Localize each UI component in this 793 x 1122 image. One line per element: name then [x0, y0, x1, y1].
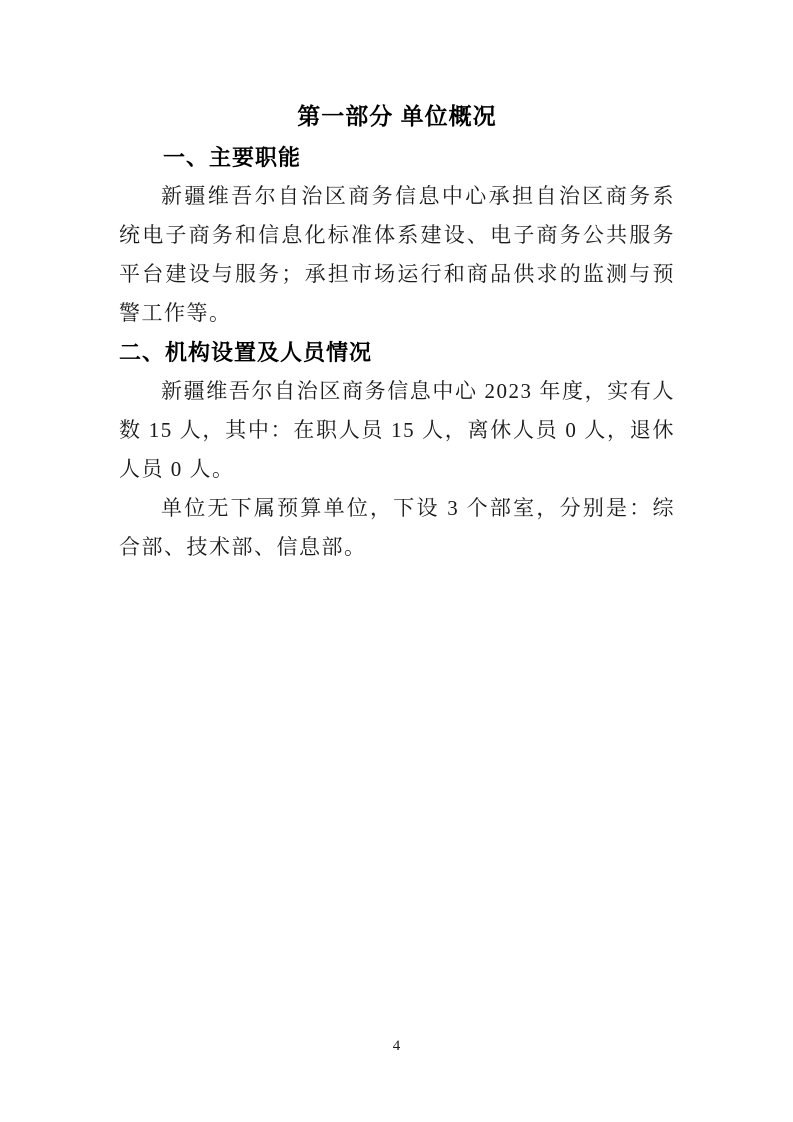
document-title: 第一部分 单位概况: [119, 96, 675, 136]
paragraph-staff-numbers: 新疆维吾尔自治区商务信息中心 2023 年度，实有人数 15 人，其中：在职人员…: [119, 372, 675, 489]
page-content: 第一部分 单位概况 一、主要职能 新疆维吾尔自治区商务信息中心承担自治区商务系统…: [119, 96, 675, 567]
page-number: 4: [0, 1036, 793, 1056]
paragraph-main-functions: 新疆维吾尔自治区商务信息中心承担自治区商务系统电子商务和信息化标准体系建设、电子…: [119, 177, 675, 333]
paragraph-departments: 单位无下属预算单位，下设 3 个部室，分别是：综合部、技术部、信息部。: [119, 489, 675, 567]
section-heading-organization-staff: 二、机构设置及人员情况: [119, 333, 675, 372]
section-heading-main-functions: 一、主要职能: [119, 138, 675, 177]
document-page: 第一部分 单位概况 一、主要职能 新疆维吾尔自治区商务信息中心承担自治区商务系统…: [0, 0, 793, 1122]
